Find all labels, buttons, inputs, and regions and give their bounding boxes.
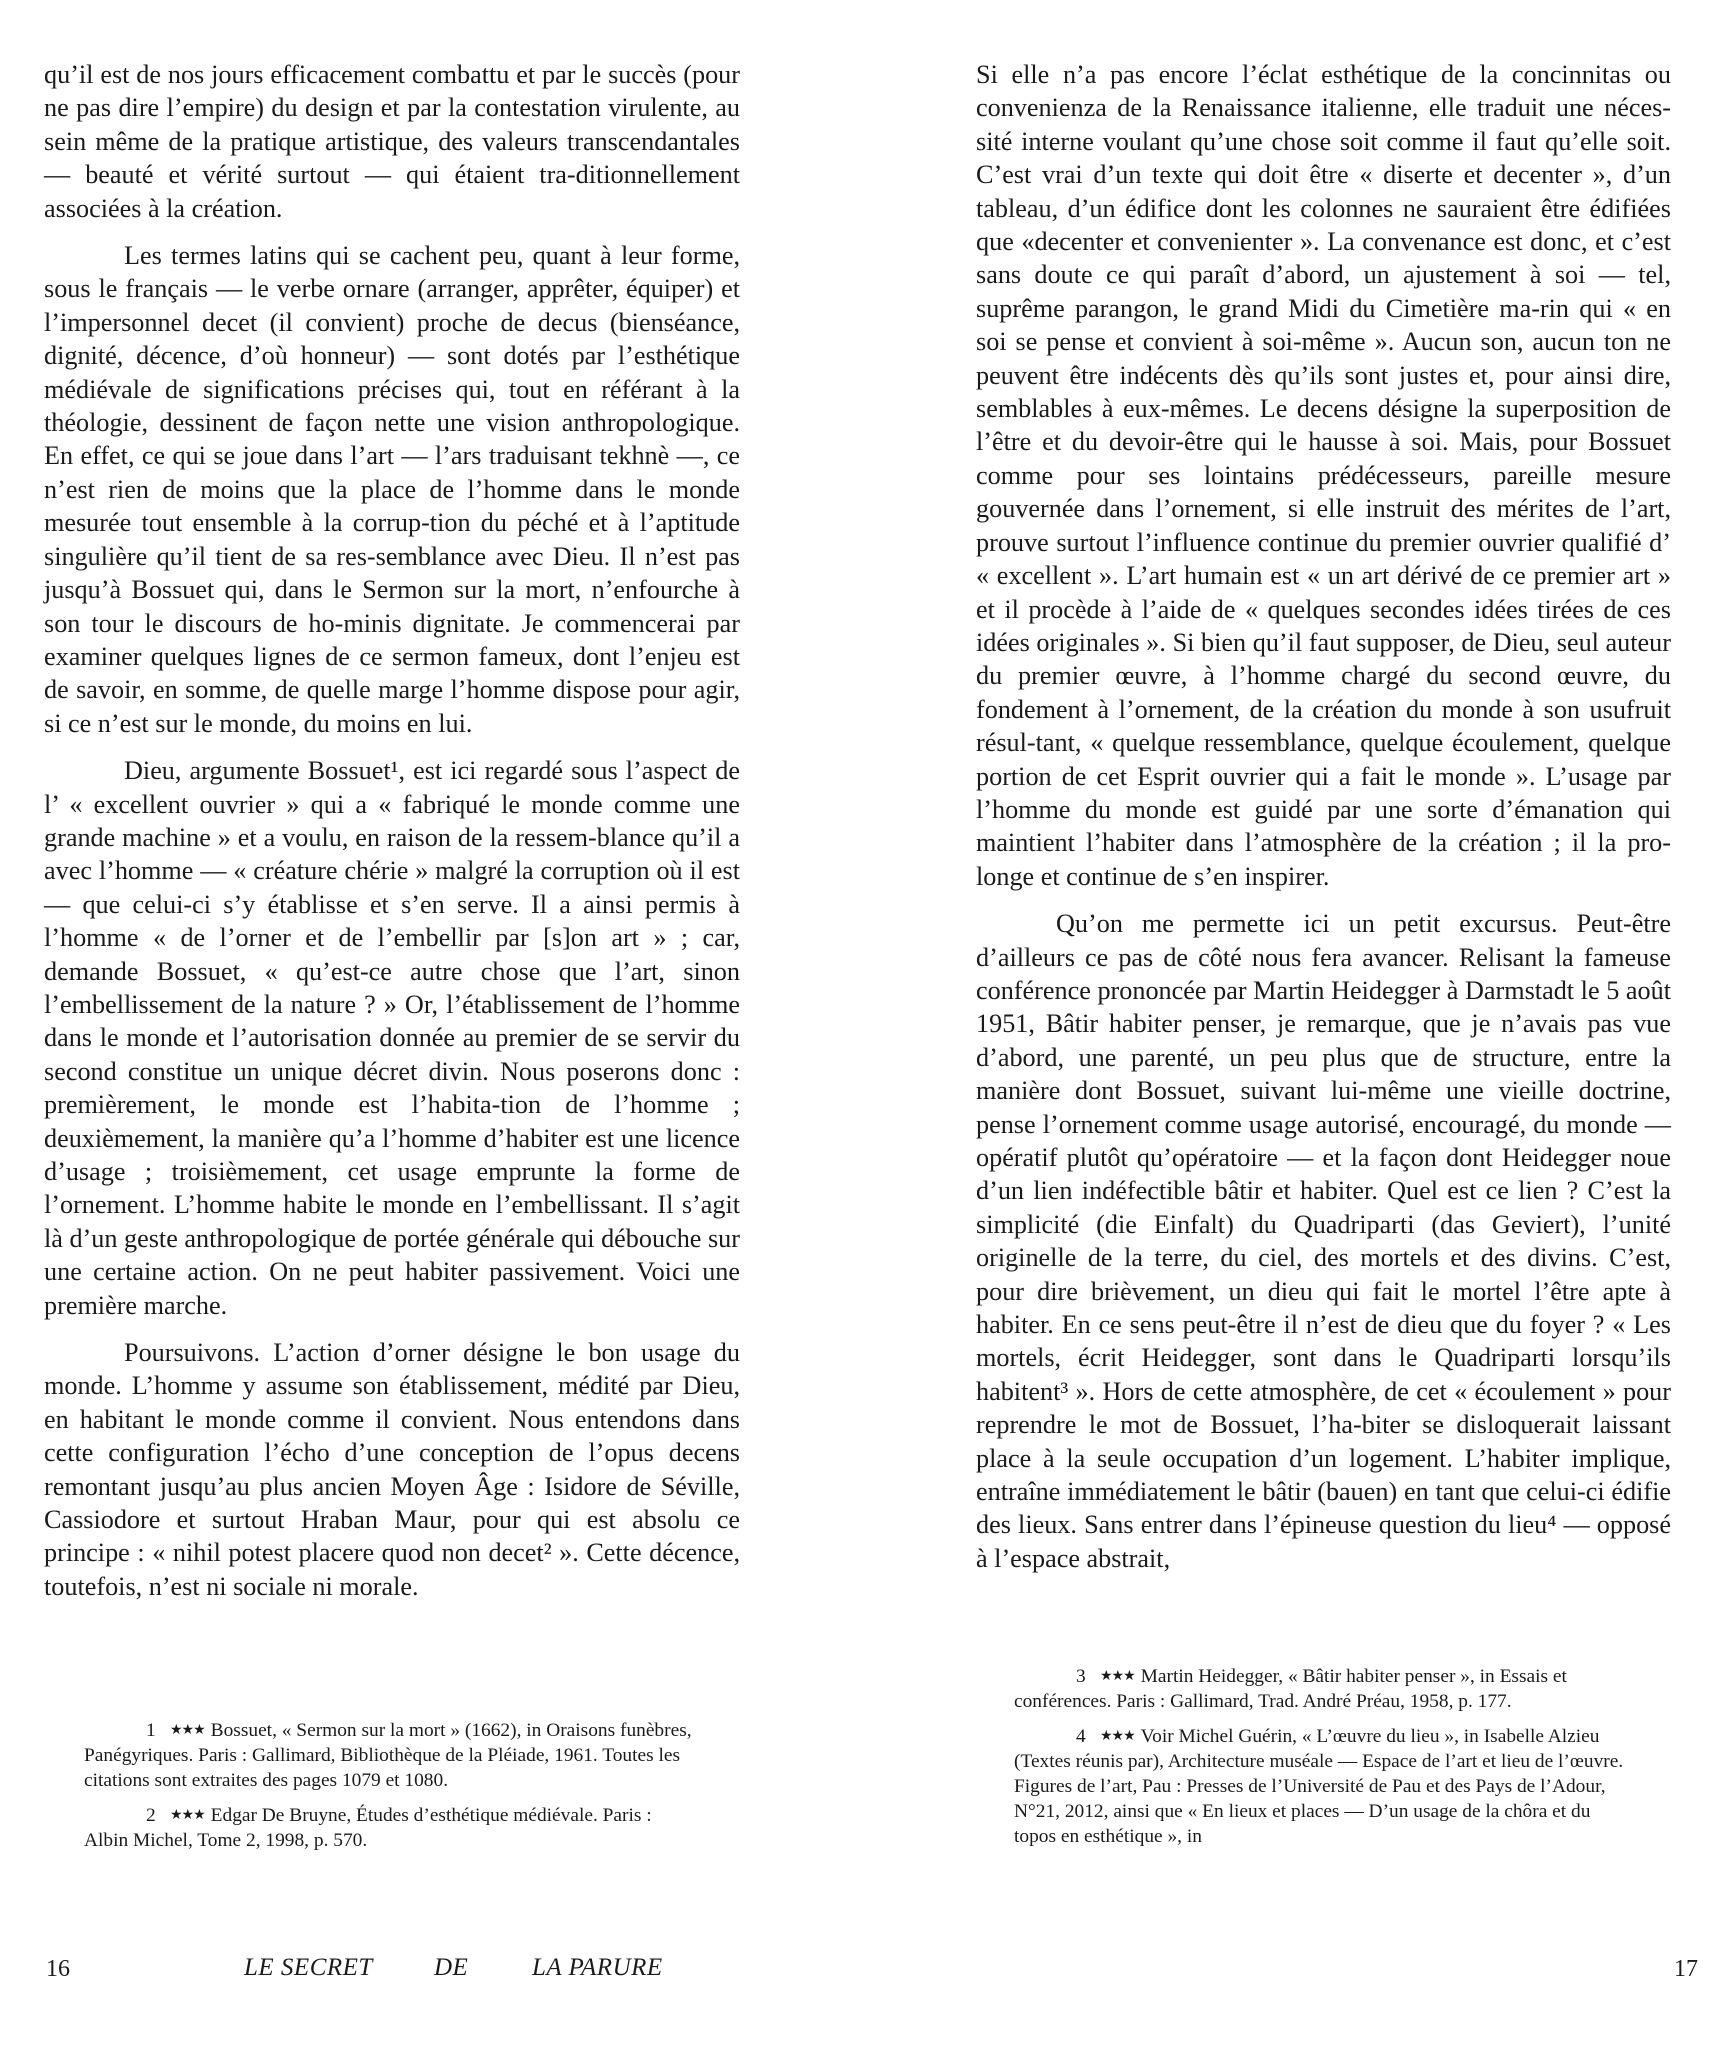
footnote: 4★★★Voir Michel Guérin, « L’œuvre du lie… (1014, 1724, 1624, 1849)
running-title: LE SECRETDELA PARURE (244, 1954, 663, 1982)
paragraph: Si elle n’a pas encore l’éclat esthétiqu… (976, 58, 1671, 893)
right-page: Si elle n’a pas encore l’éclat esthétiqu… (866, 0, 1732, 2047)
footnote: 1★★★Bossuet, « Sermon sur la mort » (166… (84, 1718, 694, 1793)
right-body-text: Si elle n’a pas encore l’éclat esthétiqu… (976, 58, 1671, 1589)
stars-icon: ★★★ (1100, 1669, 1135, 1684)
running-title-part: LE SECRET (244, 1954, 434, 1982)
footnote-number: 4 (1014, 1724, 1090, 1749)
running-title-part: DE (434, 1954, 532, 1982)
footnote-number: 3 (1014, 1664, 1090, 1689)
left-page: qu’il est de nos jours efficacement comb… (0, 0, 866, 2047)
right-footnotes: 3★★★Martin Heidegger, « Bâtir habiter pe… (1014, 1664, 1624, 1859)
paragraph: Qu’on me permette ici un petit excursus.… (976, 907, 1671, 1575)
paragraph: qu’il est de nos jours efficacement comb… (44, 58, 740, 225)
page-number: 17 (1674, 1956, 1698, 1983)
footnote-text: Voir Michel Guérin, « L’œuvre du lieu »,… (1014, 1726, 1623, 1847)
left-body-text: qu’il est de nos jours efficacement comb… (44, 58, 740, 1617)
stars-icon: ★★★ (170, 1723, 205, 1738)
footnote: 3★★★Martin Heidegger, « Bâtir habiter pe… (1014, 1664, 1624, 1714)
paragraph: Poursuivons. L’action d’orner désigne le… (44, 1336, 740, 1603)
paragraph: Les termes latins qui se cachent peu, qu… (44, 239, 740, 740)
footnote-text: Martin Heidegger, « Bâtir habiter penser… (1014, 1666, 1567, 1712)
page-number: 16 (46, 1956, 70, 1983)
stars-icon: ★★★ (1100, 1729, 1135, 1744)
footnote: 2★★★Edgar De Bruyne, Études d’esthétique… (84, 1803, 694, 1853)
running-title-part: LA PARURE (532, 1954, 663, 1982)
left-footnotes: 1★★★Bossuet, « Sermon sur la mort » (166… (84, 1718, 694, 1863)
footnote-number: 2 (84, 1803, 160, 1828)
paragraph: Dieu, argumente Bossuet¹, est ici regard… (44, 754, 740, 1322)
stars-icon: ★★★ (170, 1808, 205, 1823)
footnote-number: 1 (84, 1718, 160, 1743)
